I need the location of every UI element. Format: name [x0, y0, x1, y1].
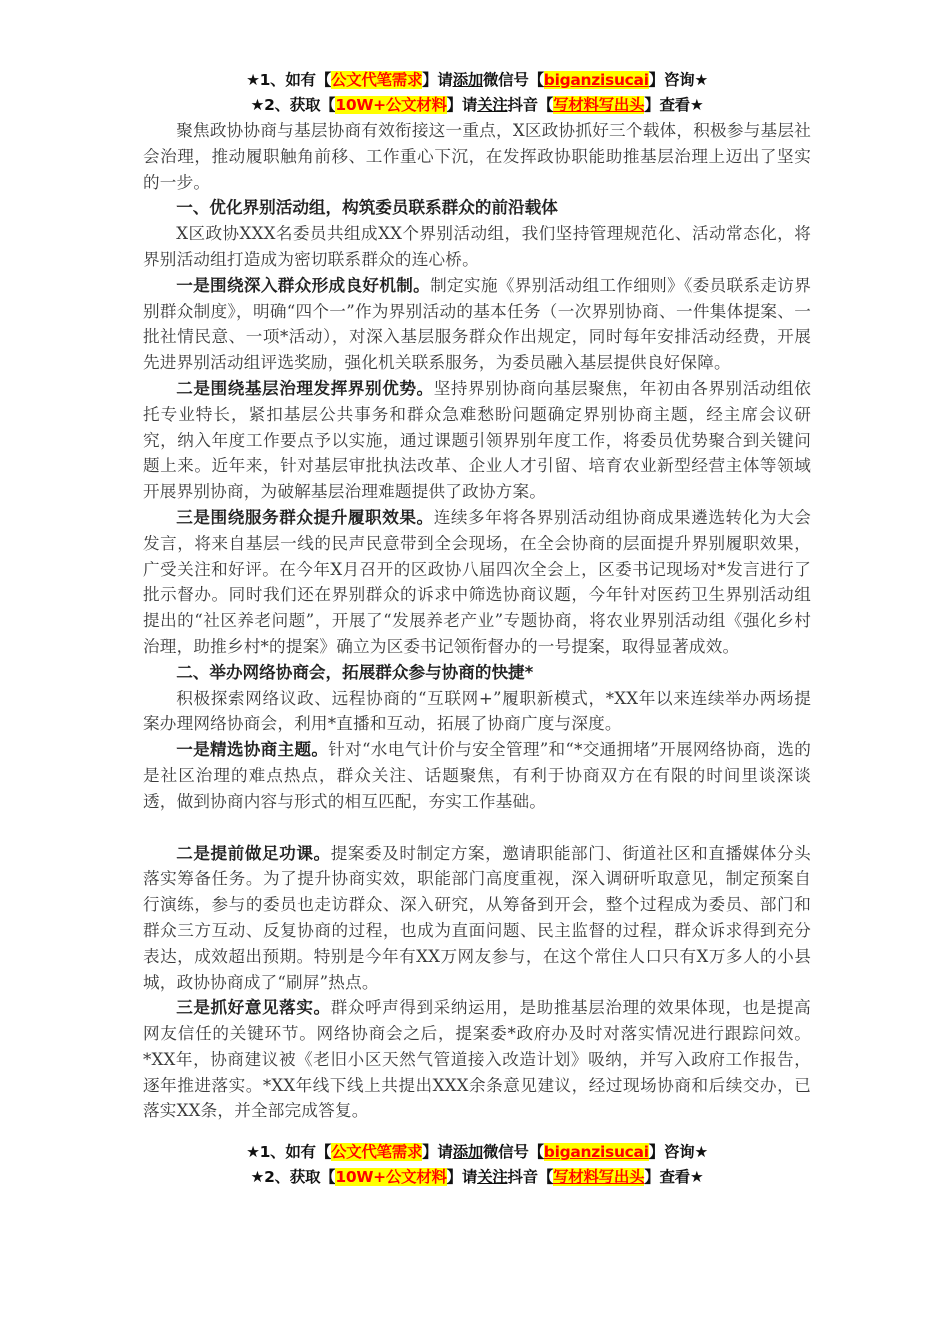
promo-text: 抖音【 — [507, 96, 553, 114]
promo-banner-top: ★1、如有【公文代笔需求】请添加微信号【biganzisucai】咨询★ ★2、… — [143, 68, 811, 118]
promo-line-1: ★1、如有【公文代笔需求】请添加微信号【biganzisucai】咨询★ — [143, 1140, 811, 1165]
highlight-materials: 10W+公文材料 — [335, 96, 446, 114]
point-text: 连续多年将各界别活动组协商成果遴选转化为大会发言，将来自基层一线的民声民意带到全… — [143, 508, 811, 656]
promo-line-2: ★2、获取【10W+公文材料】请关注抖音【写材料写出头】查看★ — [143, 93, 811, 118]
highlight-service: 公文代笔需求 — [331, 71, 422, 89]
promo-text: 】查看★ — [644, 96, 703, 114]
promo-text: 微信号【 — [483, 1143, 544, 1161]
section-1-heading: 一、优化界别活动组，构筑委员联系群众的前沿载体 — [143, 195, 811, 221]
section-1-point-3: 三是围绕服务群众提升履职效果。连续多年将各界别活动组协商成果遴选转化为大会发言，… — [143, 505, 811, 660]
document-page: ★1、如有【公文代笔需求】请添加微信号【biganzisucai】咨询★ ★2、… — [143, 68, 811, 1190]
point-lead: 二是提前做足功课。 — [176, 844, 331, 863]
section-2-point-1: 一是精选协商主题。针对“水电气计价与安全管理”和“*交通拥堵”开展网络协商，选的… — [143, 737, 811, 814]
point-lead: 三是抓好意见落实。 — [176, 998, 331, 1017]
wechat-id[interactable]: biganzisucai — [544, 71, 649, 89]
promo-banner-bottom: ★1、如有【公文代笔需求】请添加微信号【biganzisucai】咨询★ ★2、… — [143, 1140, 811, 1190]
promo-line-2: ★2、获取【10W+公文材料】请关注抖音【写材料写出头】查看★ — [143, 1165, 811, 1190]
promo-text: 微信号【 — [483, 71, 544, 89]
promo-line-1: ★1、如有【公文代笔需求】请添加微信号【biganzisucai】咨询★ — [143, 68, 811, 93]
section-2-heading: 二、举办网络协商会，拓展群众参与协商的快捷* — [143, 660, 811, 686]
promo-text: 】查看★ — [644, 1168, 703, 1186]
promo-text: 】请 — [447, 96, 477, 114]
highlight-materials: 10W+公文材料 — [335, 1168, 446, 1186]
point-text: 提案委及时制定方案，邀请职能部门、街道社区和直播媒体分头落实筹备任务。为了提升协… — [143, 844, 811, 992]
douyin-account[interactable]: 写材料写出头 — [553, 1168, 644, 1186]
point-lead: 二是围绕基层治理发挥界别优势。 — [176, 379, 434, 398]
promo-text: ★1、如有【 — [246, 1143, 331, 1161]
point-lead: 一是精选协商主题。 — [176, 740, 328, 759]
underlined-add: 添加 — [453, 1143, 483, 1161]
highlight-service: 公文代笔需求 — [331, 1143, 422, 1161]
section-1-point-1: 一是围绕深入群众形成良好机制。制定实施《界别活动组工作细则》《委员联系走访界别群… — [143, 273, 811, 376]
promo-text: 】咨询★ — [649, 71, 708, 89]
promo-text: 】请 — [422, 71, 452, 89]
section-1-intro: X区政协XXX名委员共组成XX个界别活动组，我们坚持管理规范化、活动常态化，将界… — [143, 221, 811, 273]
section-2-point-2: 二是提前做足功课。提案委及时制定方案，邀请职能部门、街道社区和直播媒体分头落实筹… — [143, 841, 811, 996]
section-2-intro: 积极探索网络议政、远程协商的“互联网+”履职新模式，*XX年以来连续举办两场提案… — [143, 686, 811, 738]
promo-text: 抖音【 — [507, 1168, 553, 1186]
point-lead: 三是围绕服务群众提升履职效果。 — [176, 508, 434, 527]
promo-text: 】请 — [422, 1143, 452, 1161]
promo-text: 】请 — [447, 1168, 477, 1186]
underlined-follow: 关注 — [477, 96, 507, 114]
wechat-id[interactable]: biganzisucai — [544, 1143, 649, 1161]
underlined-follow: 关注 — [477, 1168, 507, 1186]
promo-text: ★1、如有【 — [246, 71, 331, 89]
promo-text: ★2、获取【 — [251, 96, 336, 114]
promo-text: ★2、获取【 — [251, 1168, 336, 1186]
section-1-point-2: 二是围绕基层治理发挥界别优势。坚持界别协商向基层聚焦，年初由各界别活动组依托专业… — [143, 376, 811, 505]
promo-text: 】咨询★ — [649, 1143, 708, 1161]
point-lead: 一是围绕深入群众形成良好机制。 — [176, 276, 430, 295]
section-2-point-3: 三是抓好意见落实。群众呼声得到采纳运用，是助推基层治理的效果体现，也是提高网友信… — [143, 995, 811, 1124]
underlined-add: 添加 — [453, 71, 483, 89]
intro-paragraph: 聚焦政协协商与基层协商有效衔接这一重点，X区政协抓好三个载体，积极参与基层社会治… — [143, 118, 811, 195]
douyin-account[interactable]: 写材料写出头 — [553, 96, 644, 114]
blank-line — [143, 815, 811, 841]
